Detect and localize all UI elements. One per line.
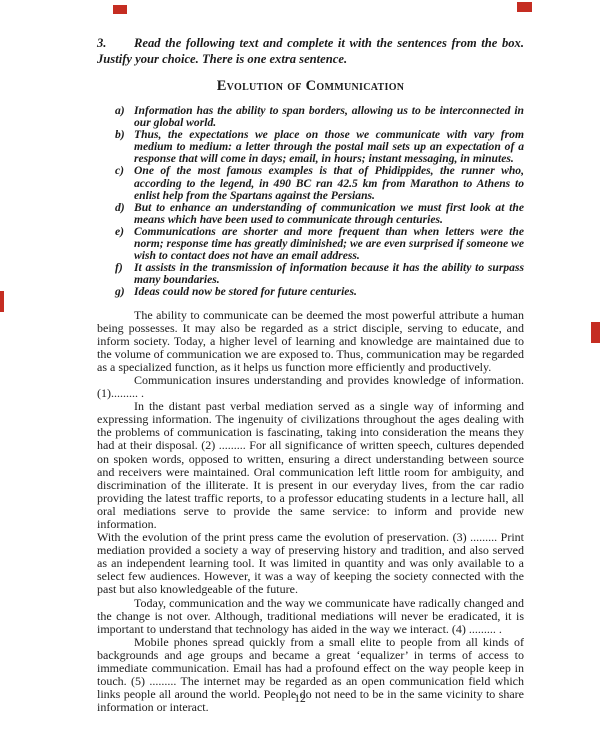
exercise-instruction: 3.Read the following text and complete i… bbox=[97, 36, 524, 67]
sentence-text: Information has the ability to span bord… bbox=[134, 104, 524, 129]
red-scan-mark bbox=[591, 322, 600, 343]
exercise-instruction-text: Read the following text and complete it … bbox=[97, 36, 524, 66]
exercise-number: 3. bbox=[97, 36, 134, 52]
article-paragraph: Today, communication and the way we comm… bbox=[97, 597, 524, 636]
sentence-label: f) bbox=[115, 262, 123, 274]
text-block: 3.Read the following text and complete i… bbox=[97, 36, 524, 714]
sentence-text: Communications are shorter and more freq… bbox=[134, 225, 524, 262]
red-scan-mark bbox=[113, 5, 127, 14]
sentence-item: d)But to enhance an understanding of com… bbox=[97, 202, 524, 226]
sentence-item: g)Ideas could now be stored for future c… bbox=[97, 286, 524, 298]
page-number: 12 bbox=[0, 693, 600, 705]
sentence-label: g) bbox=[115, 286, 125, 298]
sentence-list: a)Information has the ability to span bo… bbox=[97, 105, 524, 299]
sentence-label: a) bbox=[115, 105, 125, 117]
sentence-label: b) bbox=[115, 129, 125, 141]
red-scan-mark bbox=[0, 291, 4, 312]
article-paragraph: With the evolution of the print press ca… bbox=[97, 531, 524, 596]
sentence-label: e) bbox=[115, 226, 124, 238]
sentence-text: Thus, the expectations we place on those… bbox=[134, 128, 524, 165]
sentence-text: One of the most famous examples is that … bbox=[134, 164, 524, 201]
sentence-item: c)One of the most famous examples is tha… bbox=[97, 165, 524, 201]
article-paragraph: Communication insures understanding and … bbox=[97, 374, 524, 400]
sentence-label: d) bbox=[115, 202, 125, 214]
sentence-item: f)It assists in the transmission of info… bbox=[97, 262, 524, 286]
article-paragraph: The ability to communicate can be deemed… bbox=[97, 309, 524, 374]
red-scan-mark bbox=[517, 2, 532, 12]
article-paragraph: In the distant past verbal mediation ser… bbox=[97, 400, 524, 531]
sentence-label: c) bbox=[115, 165, 124, 177]
document-page: 3.Read the following text and complete i… bbox=[0, 0, 600, 750]
article-title: Evolution of Communication bbox=[97, 78, 524, 95]
sentence-item: b)Thus, the expectations we place on tho… bbox=[97, 129, 524, 165]
article-body: The ability to communicate can be deemed… bbox=[97, 309, 524, 715]
sentence-item: a)Information has the ability to span bo… bbox=[97, 105, 524, 129]
sentence-text: Ideas could now be stored for future cen… bbox=[134, 285, 357, 298]
sentence-item: e)Communications are shorter and more fr… bbox=[97, 226, 524, 262]
sentence-text: It assists in the transmission of inform… bbox=[134, 261, 524, 286]
sentence-text: But to enhance an understanding of commu… bbox=[134, 201, 524, 226]
